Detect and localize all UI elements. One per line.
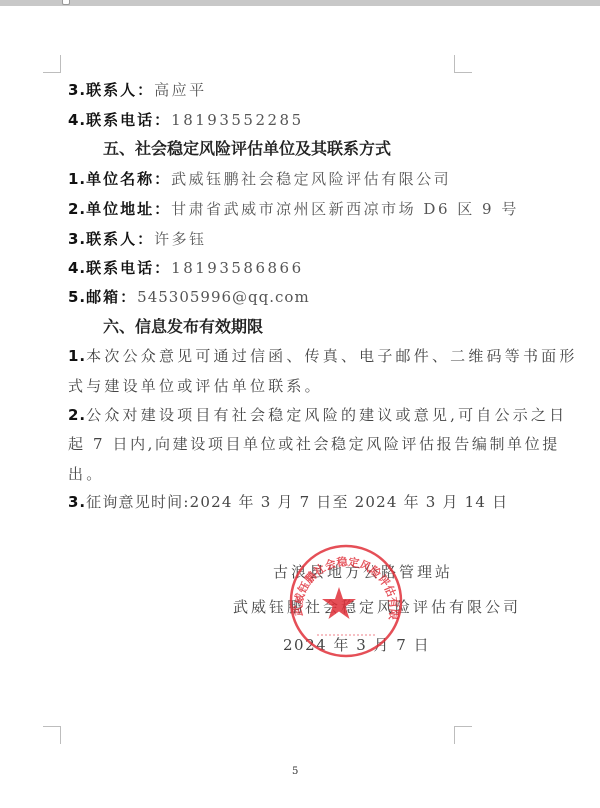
field-label: 邮箱：: [86, 288, 137, 306]
paragraph-text: 本次公众意见可通过信函、传真、电子邮件、二维码等书面形: [86, 347, 577, 365]
field-label: 联系人：: [86, 230, 154, 248]
field-value: 武威钰鹏社会稳定风险评估有限公司: [171, 170, 451, 188]
field-value: 18193552285: [171, 111, 303, 129]
email-line: 5.邮箱：545305996@qq.com: [68, 288, 310, 306]
ruler-indent-handle[interactable]: [62, 0, 70, 5]
ruler-bar: [0, 0, 600, 6]
page-number: 5: [292, 766, 298, 777]
margin-corner-top-left: [43, 55, 61, 73]
paragraph-text: 式与建设单位或评估单位联系。: [68, 377, 323, 395]
section-heading-6: 六、信息发布有效期限: [103, 317, 263, 337]
contact-phone-line: 4.联系电话：18193586866: [68, 259, 304, 277]
unit-address-line: 2.单位地址：甘肃省武威市凉州区新西凉市场 D6 区 9 号: [68, 200, 519, 218]
item-number: 5.: [68, 288, 86, 306]
paragraph-text: 征询意见时间:2024 年 3 月 7 日至 2024 年 3 月 14 日: [86, 493, 508, 511]
paragraph-3-line-1: 3.征询意见时间:2024 年 3 月 7 日至 2024 年 3 月 14 日: [68, 493, 508, 511]
signature-date: 2024 年 3 月 7 日: [283, 636, 430, 654]
item-number: 1.: [68, 170, 86, 188]
contact-phone-line: 4.联系电话：18193552285: [68, 111, 304, 129]
field-label: 单位名称：: [86, 170, 171, 188]
paragraph-2-line-2: 起 7 日内,向建设项目单位或社会稳定风险评估报告编制单位提: [68, 435, 560, 453]
paragraph-2-line-3: 出。: [68, 465, 104, 483]
field-label: 联系人：: [86, 81, 154, 99]
field-label: 联系电话：: [86, 259, 171, 277]
paragraph-2-line-1: 2.公众对建设项目有社会稳定风险的建议或意见,可自公示之日: [68, 406, 567, 424]
field-label: 联系电话：: [86, 111, 171, 129]
item-number: 4.: [68, 111, 86, 129]
field-label: 单位地址：: [86, 200, 171, 218]
field-value: 甘肃省武威市凉州区新西凉市场 D6 区 9 号: [171, 200, 519, 218]
item-number: 3.: [68, 493, 86, 511]
signature-org-1: 古浪县地方公路管理站: [273, 563, 453, 581]
contact-person-line: 3.联系人：许多钰: [68, 230, 207, 248]
paragraph-1-line-1: 1.本次公众意见可通过信函、传真、电子邮件、二维码等书面形: [68, 347, 578, 365]
section-heading-5: 五、社会稳定风险评估单位及其联系方式: [103, 139, 391, 159]
item-number: 1.: [68, 347, 86, 365]
item-number: 3.: [68, 81, 86, 99]
item-number: 2.: [68, 200, 86, 218]
margin-corner-top-right: [454, 55, 472, 73]
paragraph-text: 公众对建设项目有社会稳定风险的建议或意见,可自公示之日: [86, 406, 567, 424]
item-number: 4.: [68, 259, 86, 277]
field-value: 许多钰: [154, 230, 207, 248]
paragraph-1-line-2: 式与建设单位或评估单位联系。: [68, 377, 323, 395]
field-value: 高应平: [154, 81, 207, 99]
paragraph-text: 出。: [68, 465, 104, 483]
unit-name-line: 1.单位名称：武威钰鹏社会稳定风险评估有限公司: [68, 170, 451, 188]
field-value: 18193586866: [171, 259, 303, 277]
margin-corner-bottom-left: [43, 726, 61, 744]
email-value: 545305996@qq.com: [137, 288, 310, 306]
paragraph-text: 起 7 日内,向建设项目单位或社会稳定风险评估报告编制单位提: [68, 435, 560, 453]
margin-corner-bottom-right: [454, 726, 472, 744]
signature-org-2: 武威钰鹏社会稳定风险评估有限公司: [233, 598, 521, 616]
contact-person-line: 3.联系人：高应平: [68, 81, 207, 99]
item-number: 2.: [68, 406, 86, 424]
item-number: 3.: [68, 230, 86, 248]
